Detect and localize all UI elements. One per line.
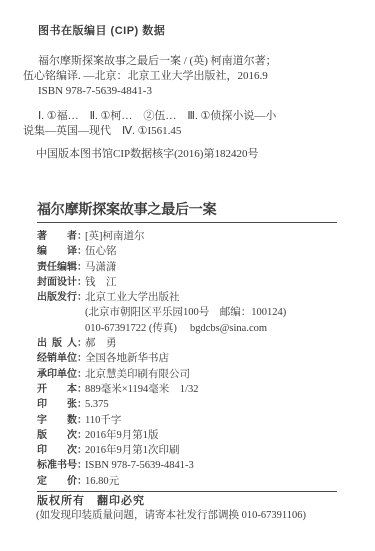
row-colon: ： <box>77 458 85 473</box>
row-publisher-contact: 010-67391722 (传真) bgdcbs@sina.com <box>37 321 357 336</box>
row-label: 封面设计 <box>37 275 77 290</box>
row-value: 北京工业大学出版社 <box>85 292 180 303</box>
row-colon: ： <box>77 397 85 412</box>
row-colon: ： <box>77 443 85 458</box>
row-colon: ： <box>77 474 85 489</box>
row-impression: 印次：2016年9月第1次印刷 <box>37 443 357 458</box>
row-value: 110千字 <box>85 415 121 426</box>
row-value: 16.80元 <box>85 476 119 487</box>
row-label: 标准书号 <box>37 458 77 473</box>
row-value: 北京慧美印刷有限公司 <box>85 369 190 380</box>
title-divider <box>37 222 337 223</box>
row-label: 开本 <box>37 382 77 397</box>
row-label: 编译 <box>37 244 77 259</box>
cip-classification-line1: Ⅰ. ①福… Ⅱ. ①柯… ②伍… Ⅲ. ①侦探小说—小 <box>23 109 358 124</box>
cip-record: 福尔摩斯探案故事之最后一案 / (英) 柯南道尔著； 伍心铭编译. —北京：北京… <box>23 54 358 99</box>
row-value: 2016年9月第1次印刷 <box>85 445 180 456</box>
row-value: 钱 江 <box>85 277 117 288</box>
row-value: 010-67391722 (传真) bgdcbs@sina.com <box>85 323 267 334</box>
row-colon: ： <box>77 290 85 305</box>
cip-classification: Ⅰ. ①福… Ⅱ. ①柯… ②伍… Ⅲ. ①侦探小说—小 说集—英国—现代 Ⅳ.… <box>23 109 358 139</box>
row-publisher: 出版发行：北京工业大学出版社 <box>37 290 357 305</box>
row-value: 5.375 <box>85 399 109 410</box>
footer-divider <box>37 491 337 492</box>
row-colon: ： <box>77 244 85 259</box>
cip-record-isbn: ISBN 978-7-5639-4841-3 <box>23 84 358 99</box>
row-colon: ： <box>77 413 85 428</box>
row-author: 著者：[英]柯南道尔 <box>37 229 357 244</box>
cip-record-line1: 福尔摩斯探案故事之最后一案 / (英) 柯南道尔著； <box>23 54 358 69</box>
row-label: 责任编辑 <box>37 260 77 275</box>
cip-classification-line2: 说集—英国—现代 Ⅳ. ①I561.45 <box>23 124 358 139</box>
colophon-table: 著者：[英]柯南道尔 编译：伍心铭 责任编辑：马潇潇 封面设计：钱 江 出版发行… <box>37 229 357 489</box>
row-format: 开本：889毫米×1194毫米 1/32 <box>37 382 357 397</box>
row-value: (北京市朝阳区平乐园100号 邮编：100124) <box>85 307 286 318</box>
row-label: 著者 <box>37 229 77 244</box>
row-word-count: 字数：110千字 <box>37 413 357 428</box>
cip-record-line2: 伍心铭编译. —北京：北京工业大学出版社，2016.9 <box>23 69 358 84</box>
cip-registry-number: 中国版本图书馆CIP数据核字(2016)第182420号 <box>36 147 356 162</box>
row-label: 承印单位 <box>37 367 77 382</box>
row-edition: 版次：2016年9月第1版 <box>37 428 357 443</box>
row-value: 伍心铭 <box>85 246 117 257</box>
row-colon: ： <box>77 260 85 275</box>
copyright-notice: 版权所有 翻印必究 <box>37 494 145 508</box>
row-label: 出版发行 <box>37 290 77 305</box>
row-value: 郝 勇 <box>85 338 117 349</box>
row-colon: ： <box>77 428 85 443</box>
row-label: 版次 <box>37 428 77 443</box>
row-price: 定价：16.80元 <box>37 474 357 489</box>
row-sheets: 印张：5.375 <box>37 397 357 412</box>
row-value: 马潇潇 <box>85 262 117 273</box>
row-translator: 编译：伍心铭 <box>37 244 357 259</box>
row-president: 出版人：郝 勇 <box>37 336 357 351</box>
row-value: 2016年9月第1版 <box>85 430 159 441</box>
row-value: [英]柯南道尔 <box>85 231 145 242</box>
row-colon: ： <box>77 382 85 397</box>
row-printer: 承印单位：北京慧美印刷有限公司 <box>37 367 357 382</box>
row-cover-design: 封面设计：钱 江 <box>37 275 357 290</box>
book-title: 福尔摩斯探案故事之最后一案 <box>37 201 216 218</box>
row-colon: ： <box>77 336 85 351</box>
row-colon: ： <box>77 367 85 382</box>
row-colon: ： <box>77 229 85 244</box>
row-distributor: 经销单位：全国各地新华书店 <box>37 351 357 366</box>
row-value: ISBN 978-7-5639-4841-3 <box>85 460 194 471</box>
quality-note: (如发现印装质量问题，请寄本社发行部调换 010-67391106) <box>36 509 366 523</box>
row-label: 经销单位 <box>37 351 77 366</box>
row-publisher-address: (北京市朝阳区平乐园100号 邮编：100124) <box>37 305 357 320</box>
row-label: 印张 <box>37 397 77 412</box>
row-value: 全国各地新华书店 <box>85 353 169 364</box>
row-value: 889毫米×1194毫米 1/32 <box>85 384 198 395</box>
row-label: 出版人 <box>37 336 77 351</box>
copyright-page: 图书在版编目 (CIP) 数据 福尔摩斯探案故事之最后一案 / (英) 柯南道尔… <box>0 0 375 551</box>
row-colon: ： <box>77 351 85 366</box>
row-isbn: 标准书号：ISBN 978-7-5639-4841-3 <box>37 458 357 473</box>
row-label: 定价 <box>37 474 77 489</box>
row-label: 印次 <box>37 443 77 458</box>
cip-heading: 图书在版编目 (CIP) 数据 <box>38 24 165 38</box>
row-editor: 责任编辑：马潇潇 <box>37 260 357 275</box>
row-colon: ： <box>77 275 85 290</box>
row-label: 字数 <box>37 413 77 428</box>
